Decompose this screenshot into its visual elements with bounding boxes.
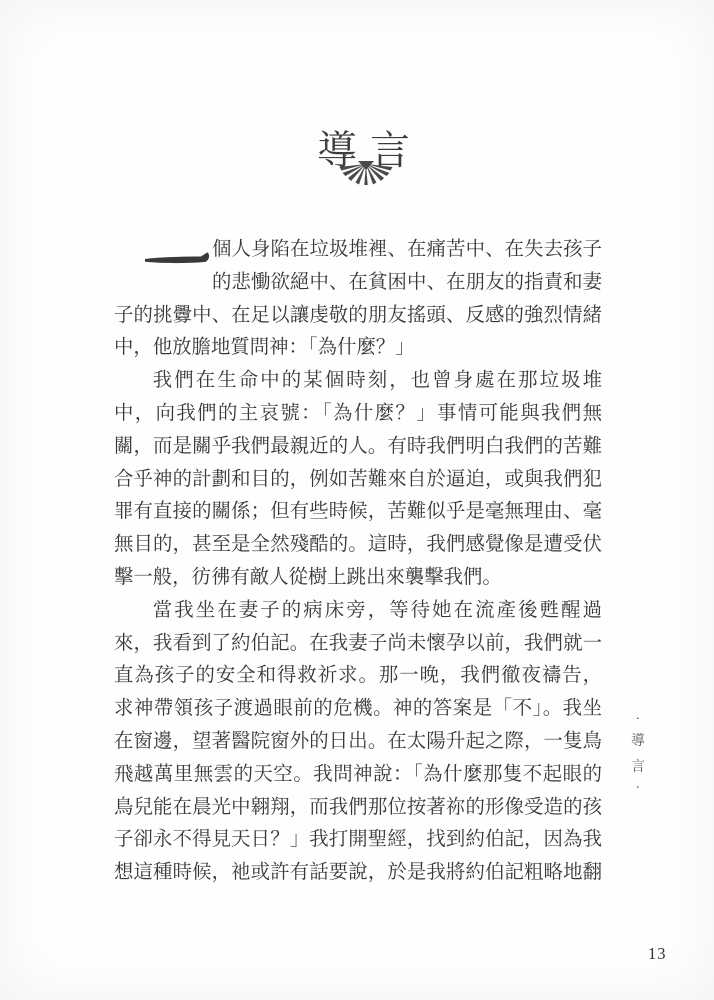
text-line: 罪有直接的關係；但有些時候，苦難似乎是毫無理由、毫 (114, 496, 602, 529)
text-line: 擊一般，彷彿有敵人從樹上跳出來襲擊我們。 (114, 562, 602, 595)
text-line: 飛越萬里無雲的天空。我問神說：「為什麼那隻不起眼的 (114, 759, 602, 792)
body-text: 一 個人身陷在垃圾堆裡、在痛苦中、在失去孩子 的悲慟欲絕中、在貧困中、在朋友的指… (114, 234, 602, 890)
paragraph-3: 當我坐在妻子的病床旁，等待她在流產後甦醒過 來，我看到了約伯記。在我妻子尚未懷孕… (114, 595, 602, 890)
dropcap-character: 一 (114, 234, 115, 235)
rays-fan-icon (338, 161, 394, 192)
paragraph-1: 一 個人身陷在垃圾堆裡、在痛苦中、在失去孩子 的悲慟欲絕中、在貧困中、在朋友的指… (114, 234, 602, 365)
text-line: 無目的，甚至是全然殘酷的。這時，我們感覺像是遭受伏 (114, 529, 602, 562)
ornament (18, 161, 714, 192)
paragraph-2: 我們在生命中的某個時刻，也曾身處在那垃圾堆 中，向我們的主哀號：「為什麼？」事情… (114, 365, 602, 595)
text-line: 我們在生命中的某個時刻，也曾身處在那垃圾堆 (114, 365, 602, 398)
text-line: 的悲慟欲絕中、在貧困中、在朋友的指責和妻 (212, 267, 602, 300)
text-line: 中，他放膽地質問神：「為什麼？」 (114, 332, 602, 365)
dropcap-one-stroke-icon (144, 251, 212, 265)
page-number: 13 (648, 944, 667, 964)
text-line: 個人身陷在垃圾堆裡、在痛苦中、在失去孩子 (212, 234, 602, 267)
text-line: 中，向我們的主哀號：「為什麼？」事情可能與我們無 (114, 398, 602, 431)
text-line: 當我坐在妻子的病床旁，等待她在流產後甦醒過 (114, 595, 602, 628)
margin-chapter-label: ·導言· (626, 716, 646, 801)
text-line: 關，而是關乎我們最親近的人。有時我們明白我們的苦難 (114, 431, 602, 464)
text-line: 想這種時候，祂或許有話要說，於是我將約伯記粗略地翻 (114, 857, 602, 890)
text-line: 求神帶領孩子渡過眼前的危機。神的答案是「不」。我坐 (114, 693, 602, 726)
text-line: 子卻永不得見天日？」我打開聖經，找到約伯記，因為我 (114, 824, 602, 857)
book-page: 導言 (0, 0, 714, 1000)
text-line: 鳥兒能在晨光中翱翔，而我們那位按著祢的形像受造的孩 (114, 792, 602, 825)
drop-cap: 一 (114, 234, 212, 299)
text-line: 子的挑釁中、在足以讓虔敬的朋友搖頭、反感的強烈情緒 (114, 300, 602, 333)
text-line: 來，我看到了約伯記。在我妻子尚未懷孕以前，我們就一 (114, 628, 602, 661)
text-line: 直為孩子的安全和得救祈求。那一晚，我們徹夜禱告， (114, 660, 602, 693)
text-line: 合乎神的計劃和目的，例如苦難來自於逼迫，或與我們犯 (114, 464, 602, 497)
text-line: 在窗邊，望著醫院窗外的日出。在太陽升起之際，一隻鳥 (114, 726, 602, 759)
